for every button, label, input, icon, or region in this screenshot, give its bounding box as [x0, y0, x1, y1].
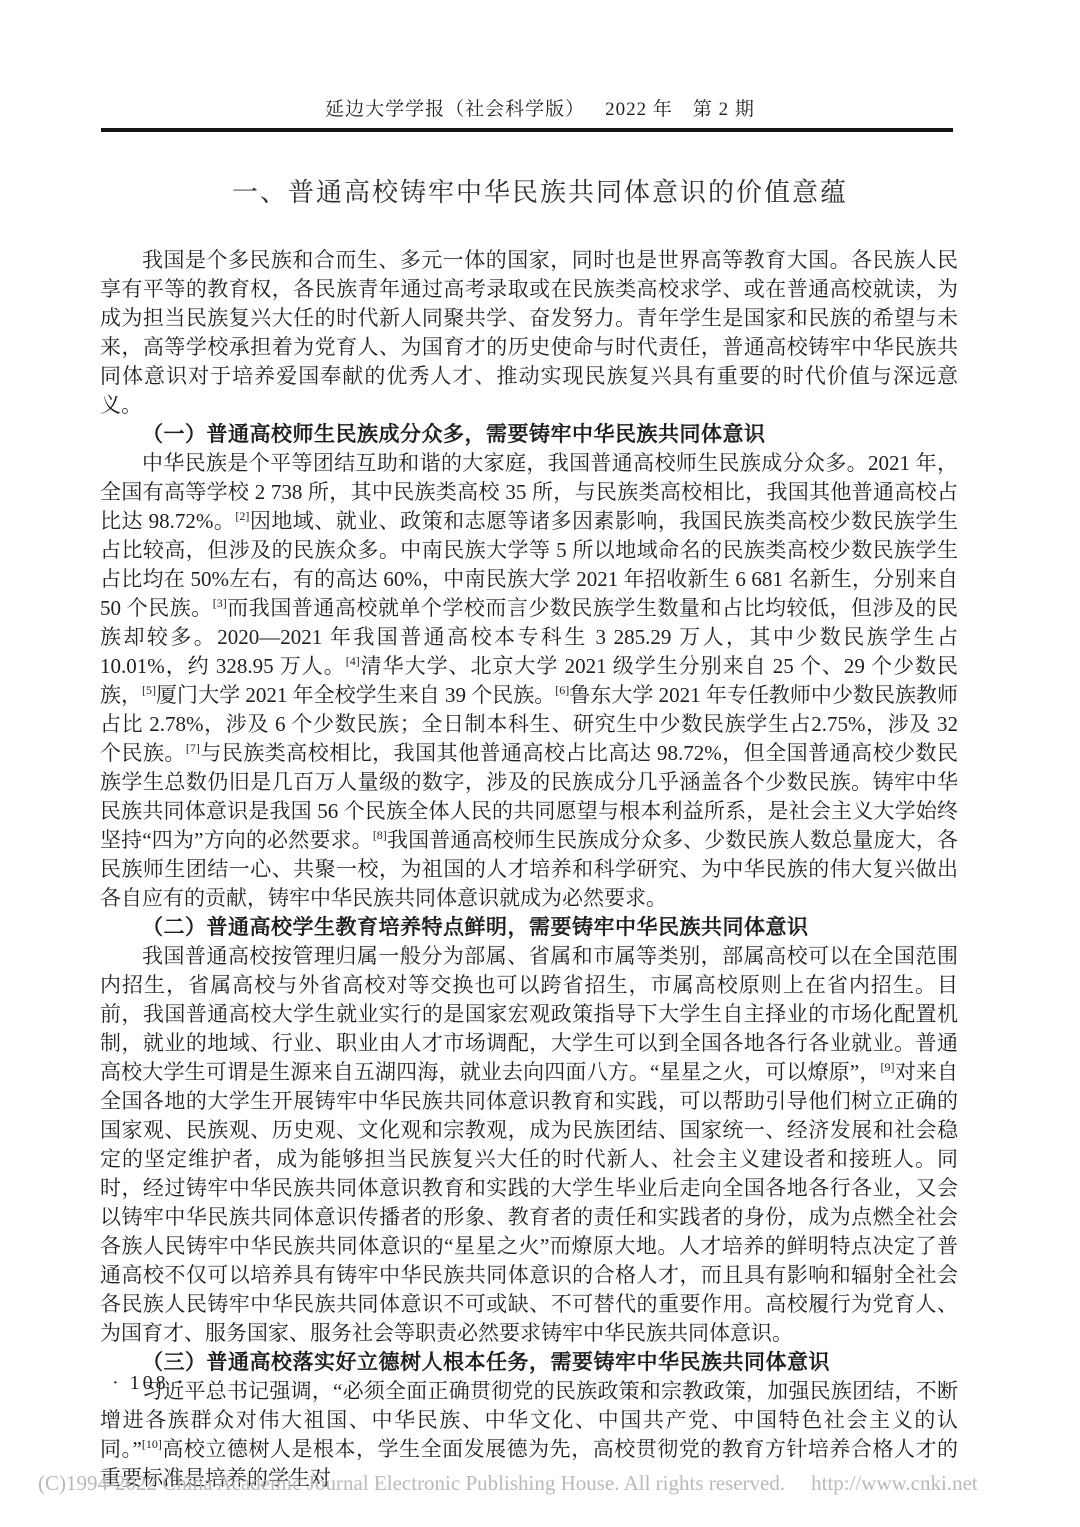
copyright-text: (C)1994-2022 China Academic Journal Elec…	[38, 1471, 785, 1495]
section-heading: （一）普通高校师生民族成分众多，需要铸牢中华民族共同体意识	[100, 420, 958, 449]
citation-ref: [9]	[881, 1060, 895, 1074]
article-body: 我国是个多民族和合而生、多元一体的国家，同时也是世界高等教育大国。各民族人民享有…	[100, 246, 958, 1493]
citation-ref: [3]	[213, 596, 227, 610]
section-heading: （二）普通高校学生教育培养特点鲜明，需要铸牢中华民族共同体意识	[100, 913, 958, 942]
citation-ref: [5]	[142, 683, 156, 697]
page-number: · 108 ·	[112, 1372, 186, 1395]
body-paragraph: 中华民族是个平等团结互助和谐的大家庭，我国普通高校师生民族成分众多。2021 年…	[100, 449, 958, 913]
section-title: 一、普通高校铸牢中华民族共同体意识的价值意蕴	[0, 172, 1080, 209]
section-heading: （三）普通高校落实好立德树人根本任务，需要铸牢中华民族共同体意识	[100, 1348, 958, 1377]
citation-ref: [10]	[142, 1437, 162, 1451]
journal-issue: 第 2 期	[693, 99, 755, 120]
citation-ref: [4]	[346, 654, 360, 668]
citation-ref: [8]	[373, 828, 387, 842]
journal-name: 延边大学学报（社会科学版）	[325, 99, 585, 120]
citation-ref: [2]	[235, 509, 249, 523]
copyright-footer: (C)1994-2022 China Academic Journal Elec…	[38, 1471, 978, 1496]
page-header: 延边大学学报（社会科学版）2022 年第 2 期	[0, 94, 1080, 121]
footer-url: http://www.cnki.net	[811, 1471, 978, 1495]
citation-ref: [6]	[555, 683, 569, 697]
citation-ref: [7]	[186, 741, 200, 755]
body-paragraph: 我国普通高校按管理归属一般分为部属、省属和市属等类别，部属高校可以在全国范围内招…	[100, 942, 958, 1348]
header-rule	[101, 128, 953, 132]
body-paragraph: 我国是个多民族和合而生、多元一体的国家，同时也是世界高等教育大国。各民族人民享有…	[100, 246, 958, 420]
journal-year: 2022 年	[605, 99, 673, 120]
journal-page: 延边大学学报（社会科学版）2022 年第 2 期 一、普通高校铸牢中华民族共同体…	[0, 0, 1080, 1527]
